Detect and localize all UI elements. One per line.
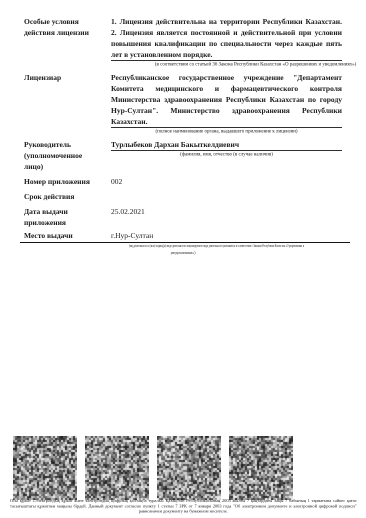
digital-signature-stamp-row <box>13 436 293 500</box>
field-note-head: (фамилия, имя, отчество (в случае наличи… <box>155 152 298 157</box>
field-note-issue-place-line1: (вид деятельности и (или) подвид(ы) вида… <box>129 244 237 248</box>
qr-code-stamp-2 <box>85 436 149 500</box>
field-validity-period: Срок действия <box>24 191 342 202</box>
field-special-conditions: Особые условия действия лицензии 1. Лице… <box>24 16 342 70</box>
field-note-licensor: (полное наименование органа, выдавшего п… <box>155 129 298 134</box>
qr-code-stamp-1 <box>13 436 77 500</box>
field-value-issue-date: 25.02.2021 <box>111 206 342 217</box>
field-label-validity-period: Срок действия <box>24 191 111 202</box>
field-note-special-conditions: (в соответствии со статьей 36 Закона Рес… <box>155 62 298 67</box>
field-label-head: Руководитель (уполномоченное лицо) <box>24 139 111 172</box>
footer-equivalence-note: Осы құжат «Электрондық құжат және электр… <box>10 498 357 514</box>
field-value-head: Турлыбеков Дархан Бакыткелдиевич <box>111 139 342 150</box>
field-label-issue-place: Место выдачи <box>24 230 111 241</box>
field-value-special-conditions: 1. Лицензия действительна на территории … <box>111 16 342 60</box>
field-licensor: Лицензиар Республиканское государственно… <box>24 72 342 137</box>
field-value-issue-place: г.Нур-Султан <box>111 230 342 241</box>
field-attachment-number: Номер приложения 002 <box>24 176 342 187</box>
field-note-issue-place-line2: уведомлениях») <box>100 251 265 255</box>
license-attachment-page: Особые условия действия лицензии 1. Лице… <box>0 0 366 518</box>
field-label-licensor: Лицензиар <box>24 72 111 137</box>
qr-code-stamp-4 <box>229 436 293 500</box>
field-value-licensor: Республиканское государственное учрежден… <box>111 72 342 127</box>
field-issue-place: Место выдачи г.Нур-Султан <box>24 230 342 241</box>
field-label-issue-date: Дата выдачи приложения <box>24 206 111 228</box>
qr-code-stamp-3 <box>157 436 221 500</box>
field-head: Руководитель (уполномоченное лицо) Турлы… <box>24 139 342 172</box>
field-label-attachment-number: Номер приложения <box>24 176 111 187</box>
license-fields: Особые условия действия лицензии 1. Лице… <box>24 16 342 258</box>
field-label-special-conditions: Особые условия действия лицензии <box>24 16 111 70</box>
field-value-attachment-number: 002 <box>111 176 342 187</box>
field-issue-date: Дата выдачи приложения 25.02.2021 <box>24 206 342 228</box>
